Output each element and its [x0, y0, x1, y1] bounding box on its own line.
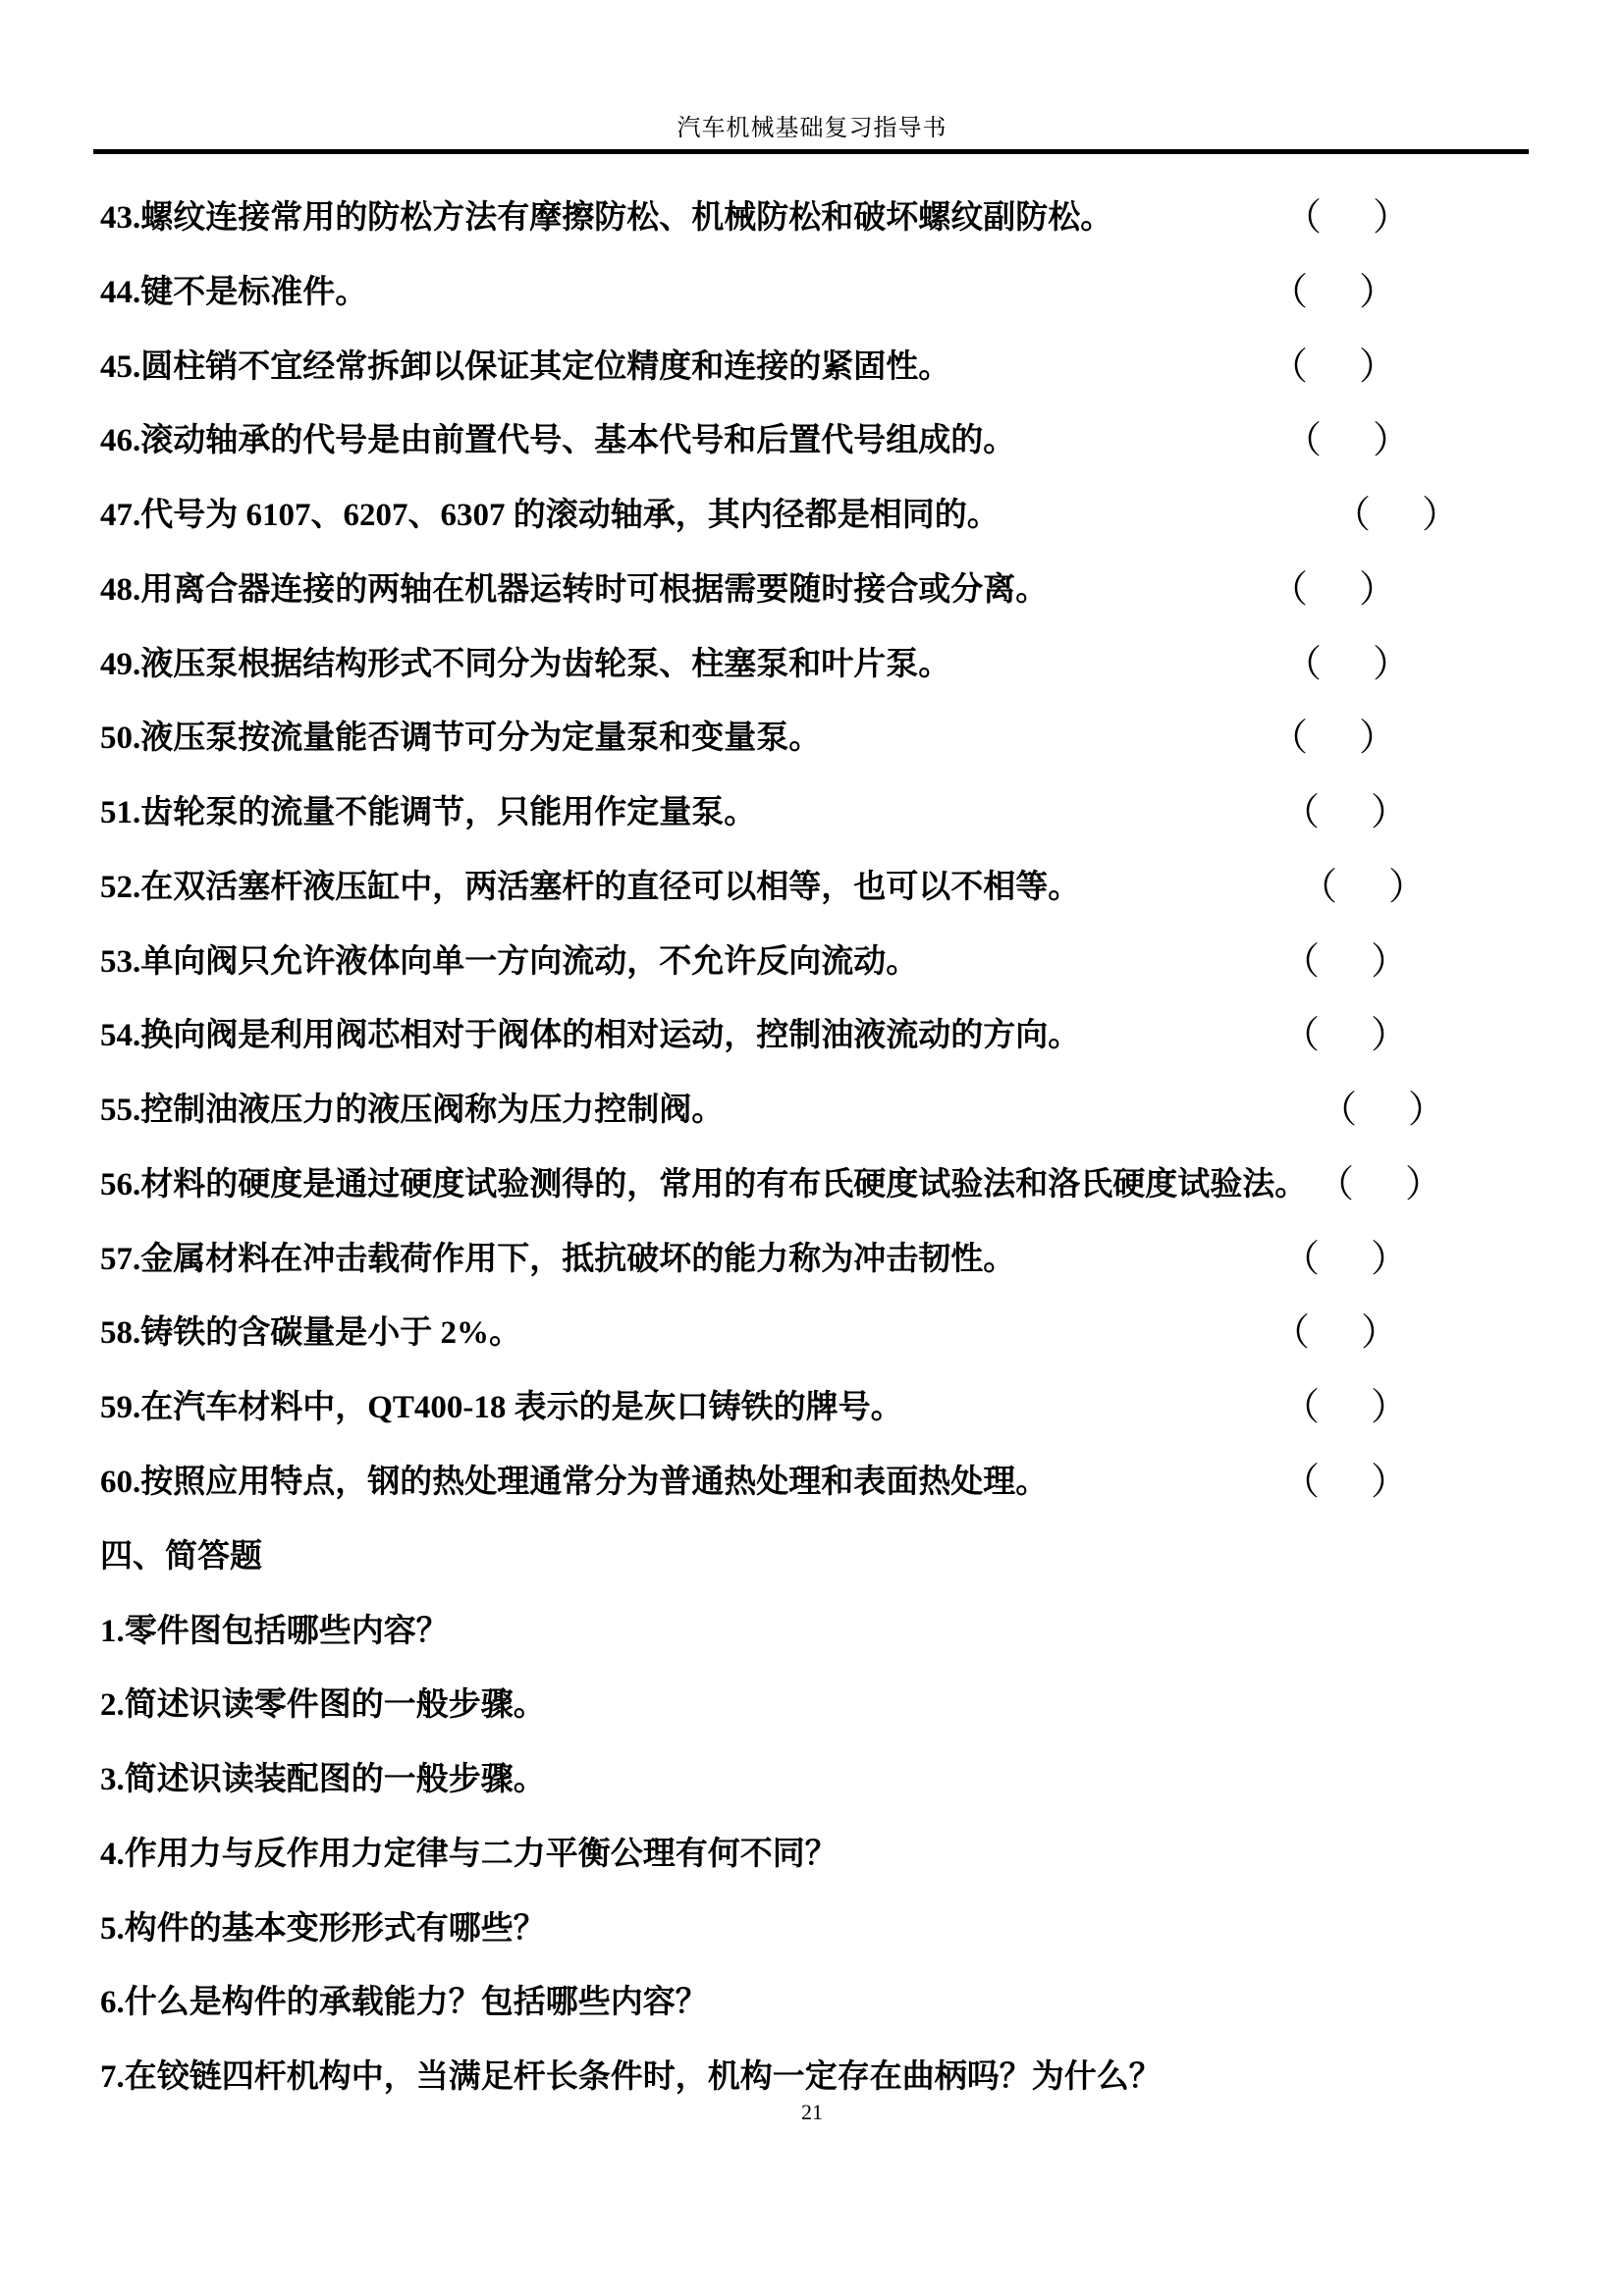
tf-question-row: 44.键不是标准件。 （） — [0, 273, 1624, 347]
section-heading: 四、简答题 — [0, 1537, 1624, 1612]
question-text: 7.在铰链四杆机构中，当满足杆长条件时，机构一定存在曲柄吗？为什么？ — [100, 2059, 1162, 2095]
answer-parens: （） — [1271, 345, 1396, 390]
tf-question-row: 58.铸铁的含碳量是小于 2%。 （） — [0, 1313, 1624, 1388]
paren-close: ） — [1359, 716, 1396, 761]
answer-parens: （） — [1284, 418, 1410, 463]
paren-close: ） — [1359, 345, 1396, 390]
paren-close: ） — [1371, 1385, 1408, 1430]
answer-parens: （） — [1271, 716, 1396, 761]
section-heading-text: 四、简答题 — [100, 1539, 262, 1575]
question-text: 53.单向阀只允许液体向单一方向流动，不允许反向流动。 — [100, 944, 918, 980]
paren-open: （ — [1271, 567, 1308, 613]
short-answer-item: 4.作用力与反作用力定律与二力平衡公理有何不同？ — [0, 1835, 1624, 1909]
question-text: 4.作用力与反作用力定律与二力平衡公理有何不同？ — [100, 1837, 838, 1872]
question-text: 2.简述识读零件图的一般步骤。 — [100, 1687, 546, 1723]
paren-close: ） — [1388, 865, 1426, 910]
paren-close: ） — [1373, 195, 1410, 240]
document-page: 汽车机械基础复习指导书 43.螺纹连接常用的防松方法有摩擦防松、机械防松和破坏螺… — [0, 0, 1624, 2296]
question-text: 46.滚动轴承的代号是由前置代号、基本代号和后置代号组成的。 — [100, 423, 1015, 458]
question-text: 59.在汽车材料中，QT400-18 表示的是灰口铸铁的牌号。 — [100, 1390, 903, 1425]
tf-question-row: 46.滚动轴承的代号是由前置代号、基本代号和后置代号组成的。 （） — [0, 421, 1624, 496]
short-answer-item: 1.零件图包括哪些内容？ — [0, 1612, 1624, 1686]
short-answer-item: 3.简述识读装配图的一般步骤。 — [0, 1760, 1624, 1835]
short-answer-item: 6.什么是构件的承载能力？包括哪些内容？ — [0, 1983, 1624, 2057]
short-answer-item: 5.构件的基本变形形式有哪些？ — [0, 1909, 1624, 1984]
question-text: 6.什么是构件的承载能力？包括哪些内容？ — [100, 1985, 708, 2020]
short-answer-item: 2.简述识读零件图的一般步骤。 — [0, 1685, 1624, 1760]
question-text: 5.构件的基本变形形式有哪些？ — [100, 1911, 546, 1947]
tf-question-row: 50.液压泵按流量能否调节可分为定量泵和变量泵。 （） — [0, 719, 1624, 793]
answer-parens: （） — [1282, 1013, 1408, 1058]
paren-open: （ — [1272, 1310, 1310, 1356]
question-text: 3.简述识读装配图的一般步骤。 — [100, 1762, 546, 1797]
question-text: 44.键不是标准件。 — [100, 275, 367, 310]
tf-question-row: 49.液压泵根据结构形式不同分为齿轮泵、柱塞泵和叶片泵。 （） — [0, 645, 1624, 720]
paren-close: ） — [1359, 567, 1396, 613]
question-text: 51.齿轮泵的流量不能调节，只能用作定量泵。 — [100, 795, 756, 830]
question-text: 47.代号为 6107、6207、6307 的滚动轴承，其内径都是相同的。 — [100, 498, 1000, 533]
header-divider — [93, 149, 1529, 154]
answer-parens: （） — [1284, 195, 1410, 240]
paren-open: （ — [1271, 716, 1308, 761]
answer-parens: （） — [1282, 939, 1408, 985]
paren-open: （ — [1282, 939, 1320, 985]
answer-parens: （） — [1272, 1310, 1398, 1356]
tf-question-row: 55.控制油液压力的液压阀称为压力控制阀。 （） — [0, 1091, 1624, 1165]
paren-close: ） — [1371, 1237, 1408, 1282]
tf-question-row: 57.金属材料在冲击载荷作用下，抵抗破坏的能力称为冲击韧性。 （） — [0, 1240, 1624, 1314]
question-text: 52.在双活塞杆液压缸中，两活塞杆的直径可以相等，也可以不相等。 — [100, 870, 1080, 905]
tf-question-row: 51.齿轮泵的流量不能调节，只能用作定量泵。 （） — [0, 793, 1624, 868]
answer-parens: （） — [1300, 865, 1426, 910]
question-text: 43.螺纹连接常用的防松方法有摩擦防松、机械防松和破坏螺纹副防松。 — [100, 200, 1112, 236]
tf-question-row: 59.在汽车材料中，QT400-18 表示的是灰口铸铁的牌号。 （） — [0, 1388, 1624, 1463]
question-text: 45.圆柱销不宜经常拆卸以保证其定位精度和连接的紧固性。 — [100, 349, 950, 385]
paren-open: （ — [1282, 1460, 1320, 1505]
tf-question-row: 53.单向阀只允许液体向单一方向流动，不允许反向流动。 （） — [0, 942, 1624, 1017]
question-text: 60.按照应用特点，钢的热处理通常分为普通热处理和表面热处理。 — [100, 1465, 1048, 1500]
answer-parens: （） — [1284, 642, 1410, 687]
answer-parens: （） — [1271, 567, 1396, 613]
question-text: 58.铸铁的含碳量是小于 2%。 — [100, 1315, 521, 1351]
paren-open: （ — [1282, 1237, 1320, 1282]
answer-parens: （） — [1333, 493, 1459, 538]
answer-parens: （） — [1282, 1237, 1408, 1282]
paren-open: （ — [1284, 195, 1322, 240]
tf-question-row: 47.代号为 6107、6207、6307 的滚动轴承，其内径都是相同的。 （） — [0, 496, 1624, 570]
paren-open: （ — [1320, 1088, 1357, 1133]
paren-open: （ — [1333, 493, 1371, 538]
paren-close: ） — [1371, 790, 1408, 835]
paren-close: ） — [1371, 939, 1408, 985]
question-text: 48.用离合器连接的两轴在机器运转时可根据需要随时接合或分离。 — [100, 572, 1048, 608]
answer-parens: （） — [1282, 1385, 1408, 1430]
tf-question-row: 45.圆柱销不宜经常拆卸以保证其定位精度和连接的紧固性。 （） — [0, 347, 1624, 422]
paren-close: ） — [1373, 418, 1410, 463]
answer-parens: （） — [1317, 1162, 1442, 1207]
answer-parens: （） — [1320, 1088, 1445, 1133]
question-text: 50.液压泵按流量能否调节可分为定量泵和变量泵。 — [100, 721, 821, 756]
paren-open: （ — [1317, 1162, 1354, 1207]
question-text: 56.材料的硬度是通过硬度试验测得的，常用的有布氏硬度试验法和洛氏硬度试验法。 — [100, 1167, 1307, 1202]
paren-close: ） — [1408, 1088, 1445, 1133]
paren-close: ） — [1361, 1310, 1398, 1356]
paren-close: ） — [1371, 1013, 1408, 1058]
question-text: 57.金属材料在冲击载荷作用下，抵抗破坏的能力称为冲击韧性。 — [100, 1242, 1015, 1277]
answer-parens: （） — [1282, 1460, 1408, 1505]
paren-open: （ — [1284, 642, 1322, 687]
answer-parens: （） — [1271, 270, 1396, 315]
paren-open: （ — [1282, 1013, 1320, 1058]
tf-question-row: 56.材料的硬度是通过硬度试验测得的，常用的有布氏硬度试验法和洛氏硬度试验法。 … — [0, 1165, 1624, 1240]
tf-question-row: 48.用离合器连接的两轴在机器运转时可根据需要随时接合或分离。 （） — [0, 570, 1624, 645]
tf-question-row: 52.在双活塞杆液压缸中，两活塞杆的直径可以相等，也可以不相等。 （） — [0, 868, 1624, 942]
page-number: 21 — [0, 2100, 1624, 2125]
tf-question-row: 60.按照应用特点，钢的热处理通常分为普通热处理和表面热处理。 （） — [0, 1463, 1624, 1537]
paren-open: （ — [1282, 1385, 1320, 1430]
question-text: 55.控制油液压力的液压阀称为压力控制阀。 — [100, 1093, 724, 1128]
question-text: 49.液压泵根据结构形式不同分为齿轮泵、柱塞泵和叶片泵。 — [100, 647, 950, 682]
question-text: 1.零件图包括哪些内容？ — [100, 1614, 449, 1649]
tf-question-row: 43.螺纹连接常用的防松方法有摩擦防松、机械防松和破坏螺纹副防松。 （） — [0, 198, 1624, 273]
tf-question-row: 54.换向阀是利用阀芯相对于阀体的相对运动，控制油液流动的方向。 （） — [0, 1016, 1624, 1091]
paren-open: （ — [1284, 418, 1322, 463]
page-content: 43.螺纹连接常用的防松方法有摩擦防松、机械防松和破坏螺纹副防松。 （） 44.… — [0, 198, 1624, 2132]
paren-open: （ — [1282, 790, 1320, 835]
paren-open: （ — [1271, 345, 1308, 390]
paren-close: ） — [1405, 1162, 1442, 1207]
paren-close: ） — [1371, 1460, 1408, 1505]
paren-close: ） — [1373, 642, 1410, 687]
page-header-title: 汽车机械基础复习指导书 — [0, 114, 1624, 143]
question-text: 54.换向阀是利用阀芯相对于阀体的相对运动，控制油液流动的方向。 — [100, 1018, 1080, 1053]
paren-open: （ — [1271, 270, 1308, 315]
paren-open: （ — [1300, 865, 1337, 910]
answer-parens: （） — [1282, 790, 1408, 835]
paren-close: ） — [1359, 270, 1396, 315]
paren-close: ） — [1422, 493, 1459, 538]
